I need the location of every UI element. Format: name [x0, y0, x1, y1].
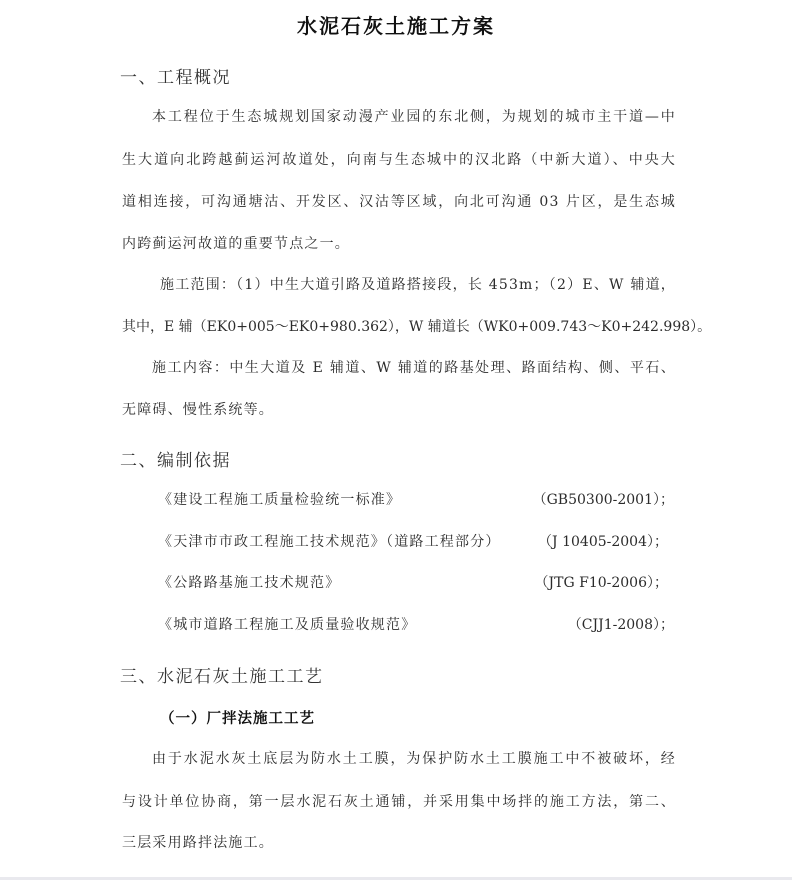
paragraph-line: 无障碍、慢性系统等。 — [122, 399, 676, 419]
paragraph-line: 内跨蓟运河故道的重要节点之一。 — [122, 233, 676, 253]
paragraph-line: 由于水泥水灰土底层为防水土工膜，为保护防水土工膜施工中不被破坏，经 — [152, 748, 676, 768]
paragraph-line: 道相连接，可沟通塘沽、开发区、汉沽等区域，向北可沟通 03 片区，是生态城 — [122, 191, 676, 211]
paragraph-line: 生大道向北跨越蓟运河故道处，向南与生态城中的汉北路（中新大道）、中央大 — [122, 149, 676, 169]
reference-code: （GB50300-2001）； — [533, 489, 674, 509]
reference-name: 《城市道路工程施工及质量验收规范》 — [158, 614, 416, 634]
paragraph-line: 施工范围：（1）中生大道引路及道路搭接段，长 453m；（2）E、W 辅道， — [160, 274, 676, 294]
reference-code: （J 10405-2004）； — [538, 531, 668, 551]
paragraph-line: 三层采用路拌法施工。 — [122, 832, 676, 852]
subsection-heading-plant-mix: （一）厂拌法施工工艺 — [160, 707, 315, 728]
reference-code: （JTG F10-2006）； — [535, 572, 668, 592]
paragraph-line: 其中，E 辅（EK0+005～EK0+980.362），W 辅道长（WK0+00… — [122, 316, 676, 336]
reference-code: （CJJ1-2008）； — [568, 614, 674, 634]
reference-name: 《天津市市政工程施工技术规范》（道路工程部分） — [158, 531, 501, 551]
paragraph-line: 本工程位于生态城规划国家动漫产业园的东北侧，为规划的城市主干道—中 — [152, 106, 676, 126]
paragraph-line: 施工内容：中生大道及 E 辅道、W 辅道的路基处理、路面结构、侧、平石、 — [152, 357, 676, 377]
paragraph-line: 与设计单位协商，第一层水泥石灰土通铺，并采用集中场拌的施工方法，第二、 — [122, 791, 676, 811]
section-heading-process: 三、水泥石灰土施工工艺 — [120, 662, 324, 687]
reference-name: 《建设工程施工质量检验统一标准》 — [158, 489, 401, 509]
document-page: 水泥石灰土施工方案 一、工程概况 本工程位于生态城规划国家动漫产业园的东北侧，为… — [0, 0, 792, 877]
reference-name: 《公路路基施工技术规范》 — [158, 572, 340, 592]
section-heading-overview: 一、工程概况 — [120, 63, 231, 88]
document-title: 水泥石灰土施工方案 — [0, 10, 792, 39]
section-heading-basis: 二、编制依据 — [120, 446, 231, 471]
